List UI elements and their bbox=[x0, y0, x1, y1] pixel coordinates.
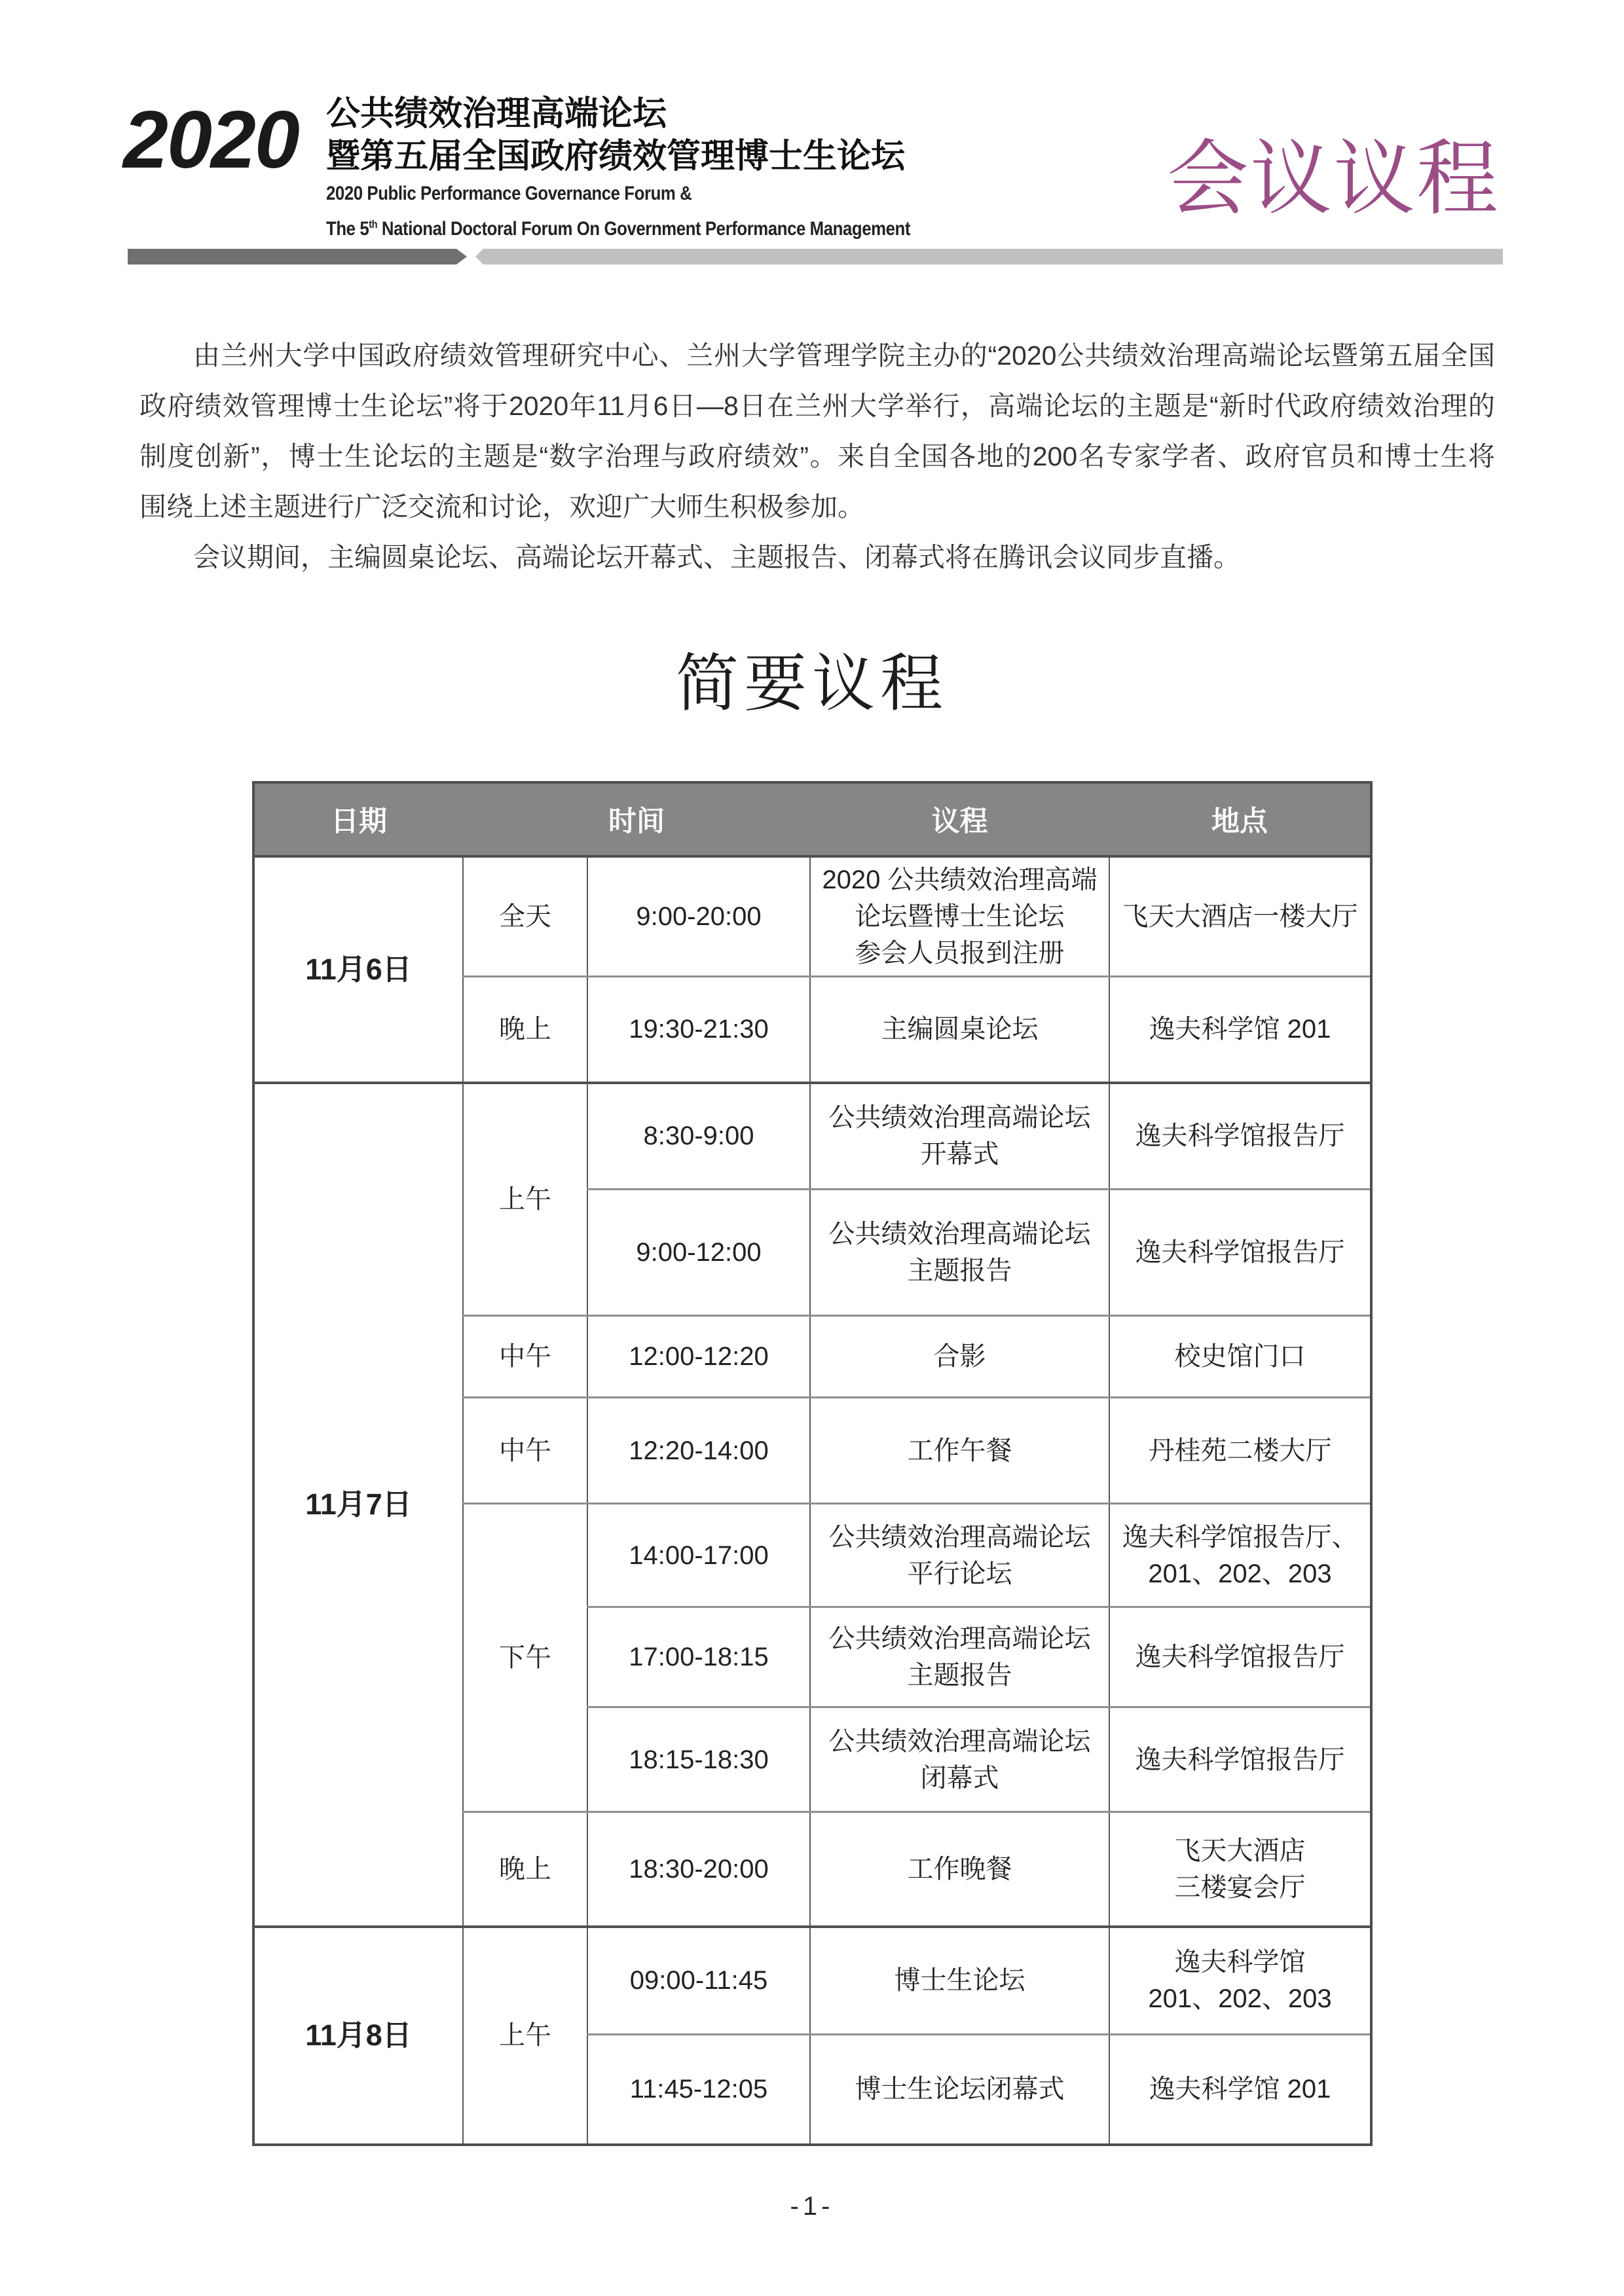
agenda-cell: 公共绩效治理高端论坛开幕式 bbox=[810, 1083, 1109, 1190]
agenda-cell: 博士生论坛闭幕式 bbox=[810, 2035, 1109, 2145]
time-cell: 18:15-18:30 bbox=[587, 1707, 810, 1812]
time-cell: 12:20-14:00 bbox=[587, 1398, 810, 1504]
period-cell: 下午 bbox=[463, 1504, 587, 1812]
place-cell: 逸夫科学馆报告厅 bbox=[1109, 1707, 1371, 1812]
header-rule-light-bar bbox=[475, 249, 1503, 264]
agenda-table: 日期 时间 议程 地点 11月6日全天9:00-20:002020 公共绩效治理… bbox=[252, 781, 1373, 2146]
place-cell: 丹桂苑二楼大厅 bbox=[1109, 1398, 1371, 1504]
agenda-cell: 2020 公共绩效治理高端论坛暨博士生论坛参会人员报到注册 bbox=[810, 856, 1109, 977]
agenda-badge: 会议议程 bbox=[1167, 134, 1500, 225]
period-cell: 晚上 bbox=[463, 977, 587, 1083]
period-cell: 中午 bbox=[463, 1316, 587, 1398]
agenda-cell: 工作午餐 bbox=[810, 1398, 1109, 1504]
subtitle-superscript: th bbox=[369, 218, 377, 230]
place-cell: 逸夫科学馆201、202、203 bbox=[1109, 1927, 1371, 2035]
agenda-cell: 公共绩效治理高端论坛主题报告 bbox=[810, 1607, 1109, 1707]
intro-paragraphs: 由兰州大学中国政府绩效管理研究中心、兰州大学管理学院主办的“2020公共绩效治理… bbox=[139, 331, 1495, 583]
header-rule bbox=[0, 249, 1624, 264]
title-line-2: 暨第五届全国政府绩效管理博士生论坛 bbox=[326, 136, 1005, 178]
intro-line: 制度创新”，博士生论坛的主题是“数字治理与政府绩效”。来自全国各地的200名专家… bbox=[139, 431, 1495, 482]
time-cell: 9:00-12:00 bbox=[587, 1190, 810, 1316]
intro-line: 会议期间，主编圆桌论坛、高端论坛开幕式、主题报告、闭幕式将在腾讯会议同步直播。 bbox=[139, 532, 1495, 583]
subtitle-line-1: 2020 Public Performance Governance Forum… bbox=[326, 178, 910, 209]
period-cell: 全天 bbox=[463, 856, 587, 977]
date-cell: 11月6日 bbox=[253, 856, 463, 1083]
time-cell: 09:00-11:45 bbox=[587, 1927, 810, 2035]
time-cell: 19:30-21:30 bbox=[587, 977, 810, 1083]
place-cell: 逸夫科学馆报告厅 bbox=[1109, 1083, 1371, 1190]
place-cell: 飞天大酒店三楼宴会厅 bbox=[1109, 1812, 1371, 1927]
header-rule-dark-bar bbox=[128, 249, 467, 264]
agenda-cell: 主编圆桌论坛 bbox=[810, 977, 1109, 1083]
intro-line: 围绕上述主题进行广泛交流和讨论，欢迎广大师生积极参加。 bbox=[139, 482, 1495, 532]
time-cell: 12:00-12:20 bbox=[587, 1316, 810, 1398]
place-cell: 逸夫科学馆报告厅 bbox=[1109, 1190, 1371, 1316]
place-cell: 逸夫科学馆报告厅 bbox=[1109, 1607, 1371, 1707]
place-cell: 逸夫科学馆 201 bbox=[1109, 977, 1371, 1083]
column-header-time: 时间 bbox=[463, 782, 810, 856]
period-cell: 上午 bbox=[463, 1083, 587, 1316]
agenda-cell: 合影 bbox=[810, 1316, 1109, 1398]
agenda-cell: 工作晚餐 bbox=[810, 1812, 1109, 1927]
section-title: 简要议程 bbox=[0, 634, 1624, 723]
period-cell: 中午 bbox=[463, 1398, 587, 1504]
logo-year: 2020 bbox=[123, 100, 299, 181]
subtitle-prefix: The 5 bbox=[326, 218, 369, 240]
subtitle-suffix: National Doctoral Forum On Government Pe… bbox=[377, 218, 910, 240]
agenda-table-body: 11月6日全天9:00-20:002020 公共绩效治理高端论坛暨博士生论坛参会… bbox=[253, 856, 1371, 2145]
place-cell: 校史馆门口 bbox=[1109, 1316, 1371, 1398]
page-number: -1- bbox=[0, 2192, 1624, 2221]
column-header-date: 日期 bbox=[253, 782, 463, 856]
time-cell: 8:30-9:00 bbox=[587, 1083, 810, 1190]
agenda-row: 11月7日上午8:30-9:00公共绩效治理高端论坛开幕式逸夫科学馆报告厅 bbox=[253, 1083, 1371, 1190]
place-cell: 飞天大酒店一楼大厅 bbox=[1109, 856, 1371, 977]
agenda-cell: 公共绩效治理高端论坛平行论坛 bbox=[810, 1504, 1109, 1607]
period-cell: 晚上 bbox=[463, 1812, 587, 1927]
agenda-cell: 公共绩效治理高端论坛主题报告 bbox=[810, 1190, 1109, 1316]
time-cell: 18:30-20:00 bbox=[587, 1812, 810, 1927]
period-cell: 上午 bbox=[463, 1927, 587, 2145]
column-header-place: 地点 bbox=[1109, 782, 1371, 856]
agenda-row: 11月6日全天9:00-20:002020 公共绩效治理高端论坛暨博士生论坛参会… bbox=[253, 856, 1371, 977]
time-cell: 14:00-17:00 bbox=[587, 1504, 810, 1607]
title-line-1: 公共绩效治理高端论坛 bbox=[326, 93, 1005, 136]
place-cell: 逸夫科学馆 201 bbox=[1109, 2035, 1371, 2145]
title-block: 公共绩效治理高端论坛 暨第五届全国政府绩效管理博士生论坛 2020 Public… bbox=[326, 93, 1005, 244]
intro-line: 由兰州大学中国政府绩效管理研究中心、兰州大学管理学院主办的“2020公共绩效治理… bbox=[139, 331, 1495, 381]
time-cell: 9:00-20:00 bbox=[587, 856, 810, 977]
time-cell: 17:00-18:15 bbox=[587, 1607, 810, 1707]
place-cell: 逸夫科学馆报告厅、201、202、203 bbox=[1109, 1504, 1371, 1607]
column-header-agenda: 议程 bbox=[810, 782, 1109, 856]
intro-line: 政府绩效管理博士生论坛”将于2020年11月6日—8日在兰州大学举行，高端论坛的… bbox=[139, 381, 1495, 431]
agenda-row: 11月8日上午09:00-11:45博士生论坛逸夫科学馆201、202、203 bbox=[253, 1927, 1371, 2035]
subtitle-line-2: The 5th National Doctoral Forum On Gover… bbox=[326, 209, 910, 244]
document-page: { "header": { "year": "2020", "title_lin… bbox=[0, 0, 1624, 2296]
table-header-row: 日期 时间 议程 地点 bbox=[253, 782, 1371, 856]
date-cell: 11月7日 bbox=[253, 1083, 463, 1927]
agenda-cell: 博士生论坛 bbox=[810, 1927, 1109, 2035]
time-cell: 11:45-12:05 bbox=[587, 2035, 810, 2145]
date-cell: 11月8日 bbox=[253, 1927, 463, 2145]
agenda-cell: 公共绩效治理高端论坛闭幕式 bbox=[810, 1707, 1109, 1812]
